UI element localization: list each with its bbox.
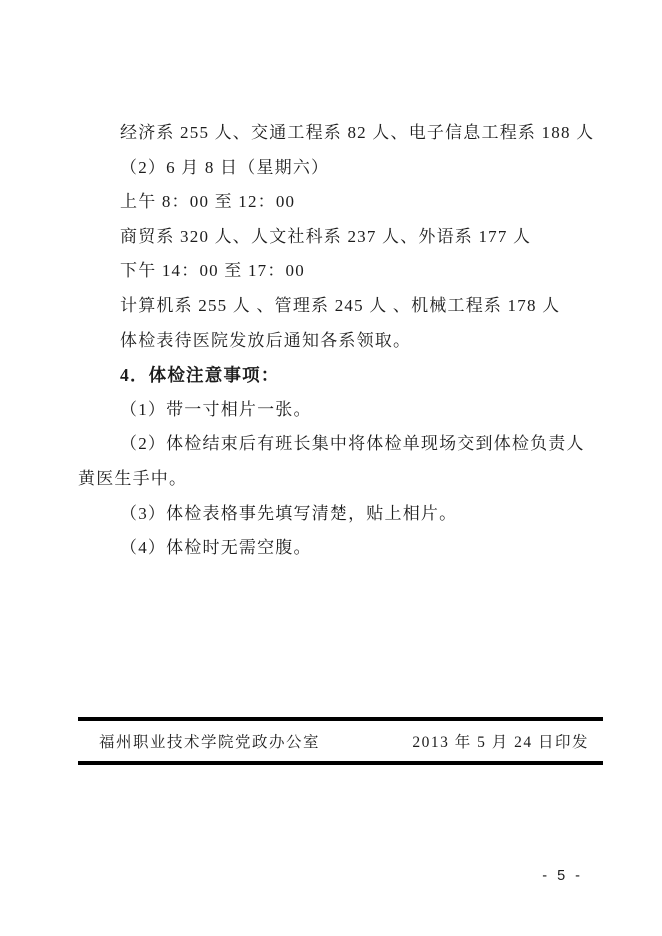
body-line: （4）体检时无需空腹。 [78, 531, 586, 566]
document-page: 经济系 255 人、交通工程系 82 人、电子信息工程系 188 人 （2）6 … [0, 0, 662, 936]
body-line: 计算机系 255 人 、管理系 245 人 、机械工程系 178 人 [78, 289, 586, 324]
body-line: 上午 8：00 至 12：00 [78, 185, 586, 220]
document-body: 经济系 255 人、交通工程系 82 人、电子信息工程系 188 人 （2）6 … [78, 116, 586, 566]
body-line-continuation: 黄医生手中。 [78, 462, 586, 497]
page-number: - 5 - [542, 868, 583, 884]
body-line: 商贸系 320 人、人文社科系 237 人、外语系 177 人 [78, 220, 586, 255]
section-heading: 4．体检注意事项： [78, 358, 586, 393]
body-line: （2）6 月 8 日（星期六） [78, 151, 586, 186]
body-line: （3）体检表格事先填写清楚，贴上相片。 [78, 497, 586, 532]
footer-print-date: 2013 年 5 月 24 日印发 [412, 730, 589, 752]
document-footer: 福州职业技术学院党政办公室 2013 年 5 月 24 日印发 [78, 717, 603, 765]
body-line: （2）体检结束后有班长集中将体检单现场交到体检负责人 [78, 427, 586, 462]
body-line: 经济系 255 人、交通工程系 82 人、电子信息工程系 188 人 [78, 116, 586, 151]
body-line: 下午 14：00 至 17：00 [78, 254, 586, 289]
body-line: （1）带一寸相片一张。 [78, 393, 586, 428]
body-line: 体检表待医院发放后通知各系领取。 [78, 324, 586, 359]
footer-issuer: 福州职业技术学院党政办公室 [99, 730, 320, 752]
